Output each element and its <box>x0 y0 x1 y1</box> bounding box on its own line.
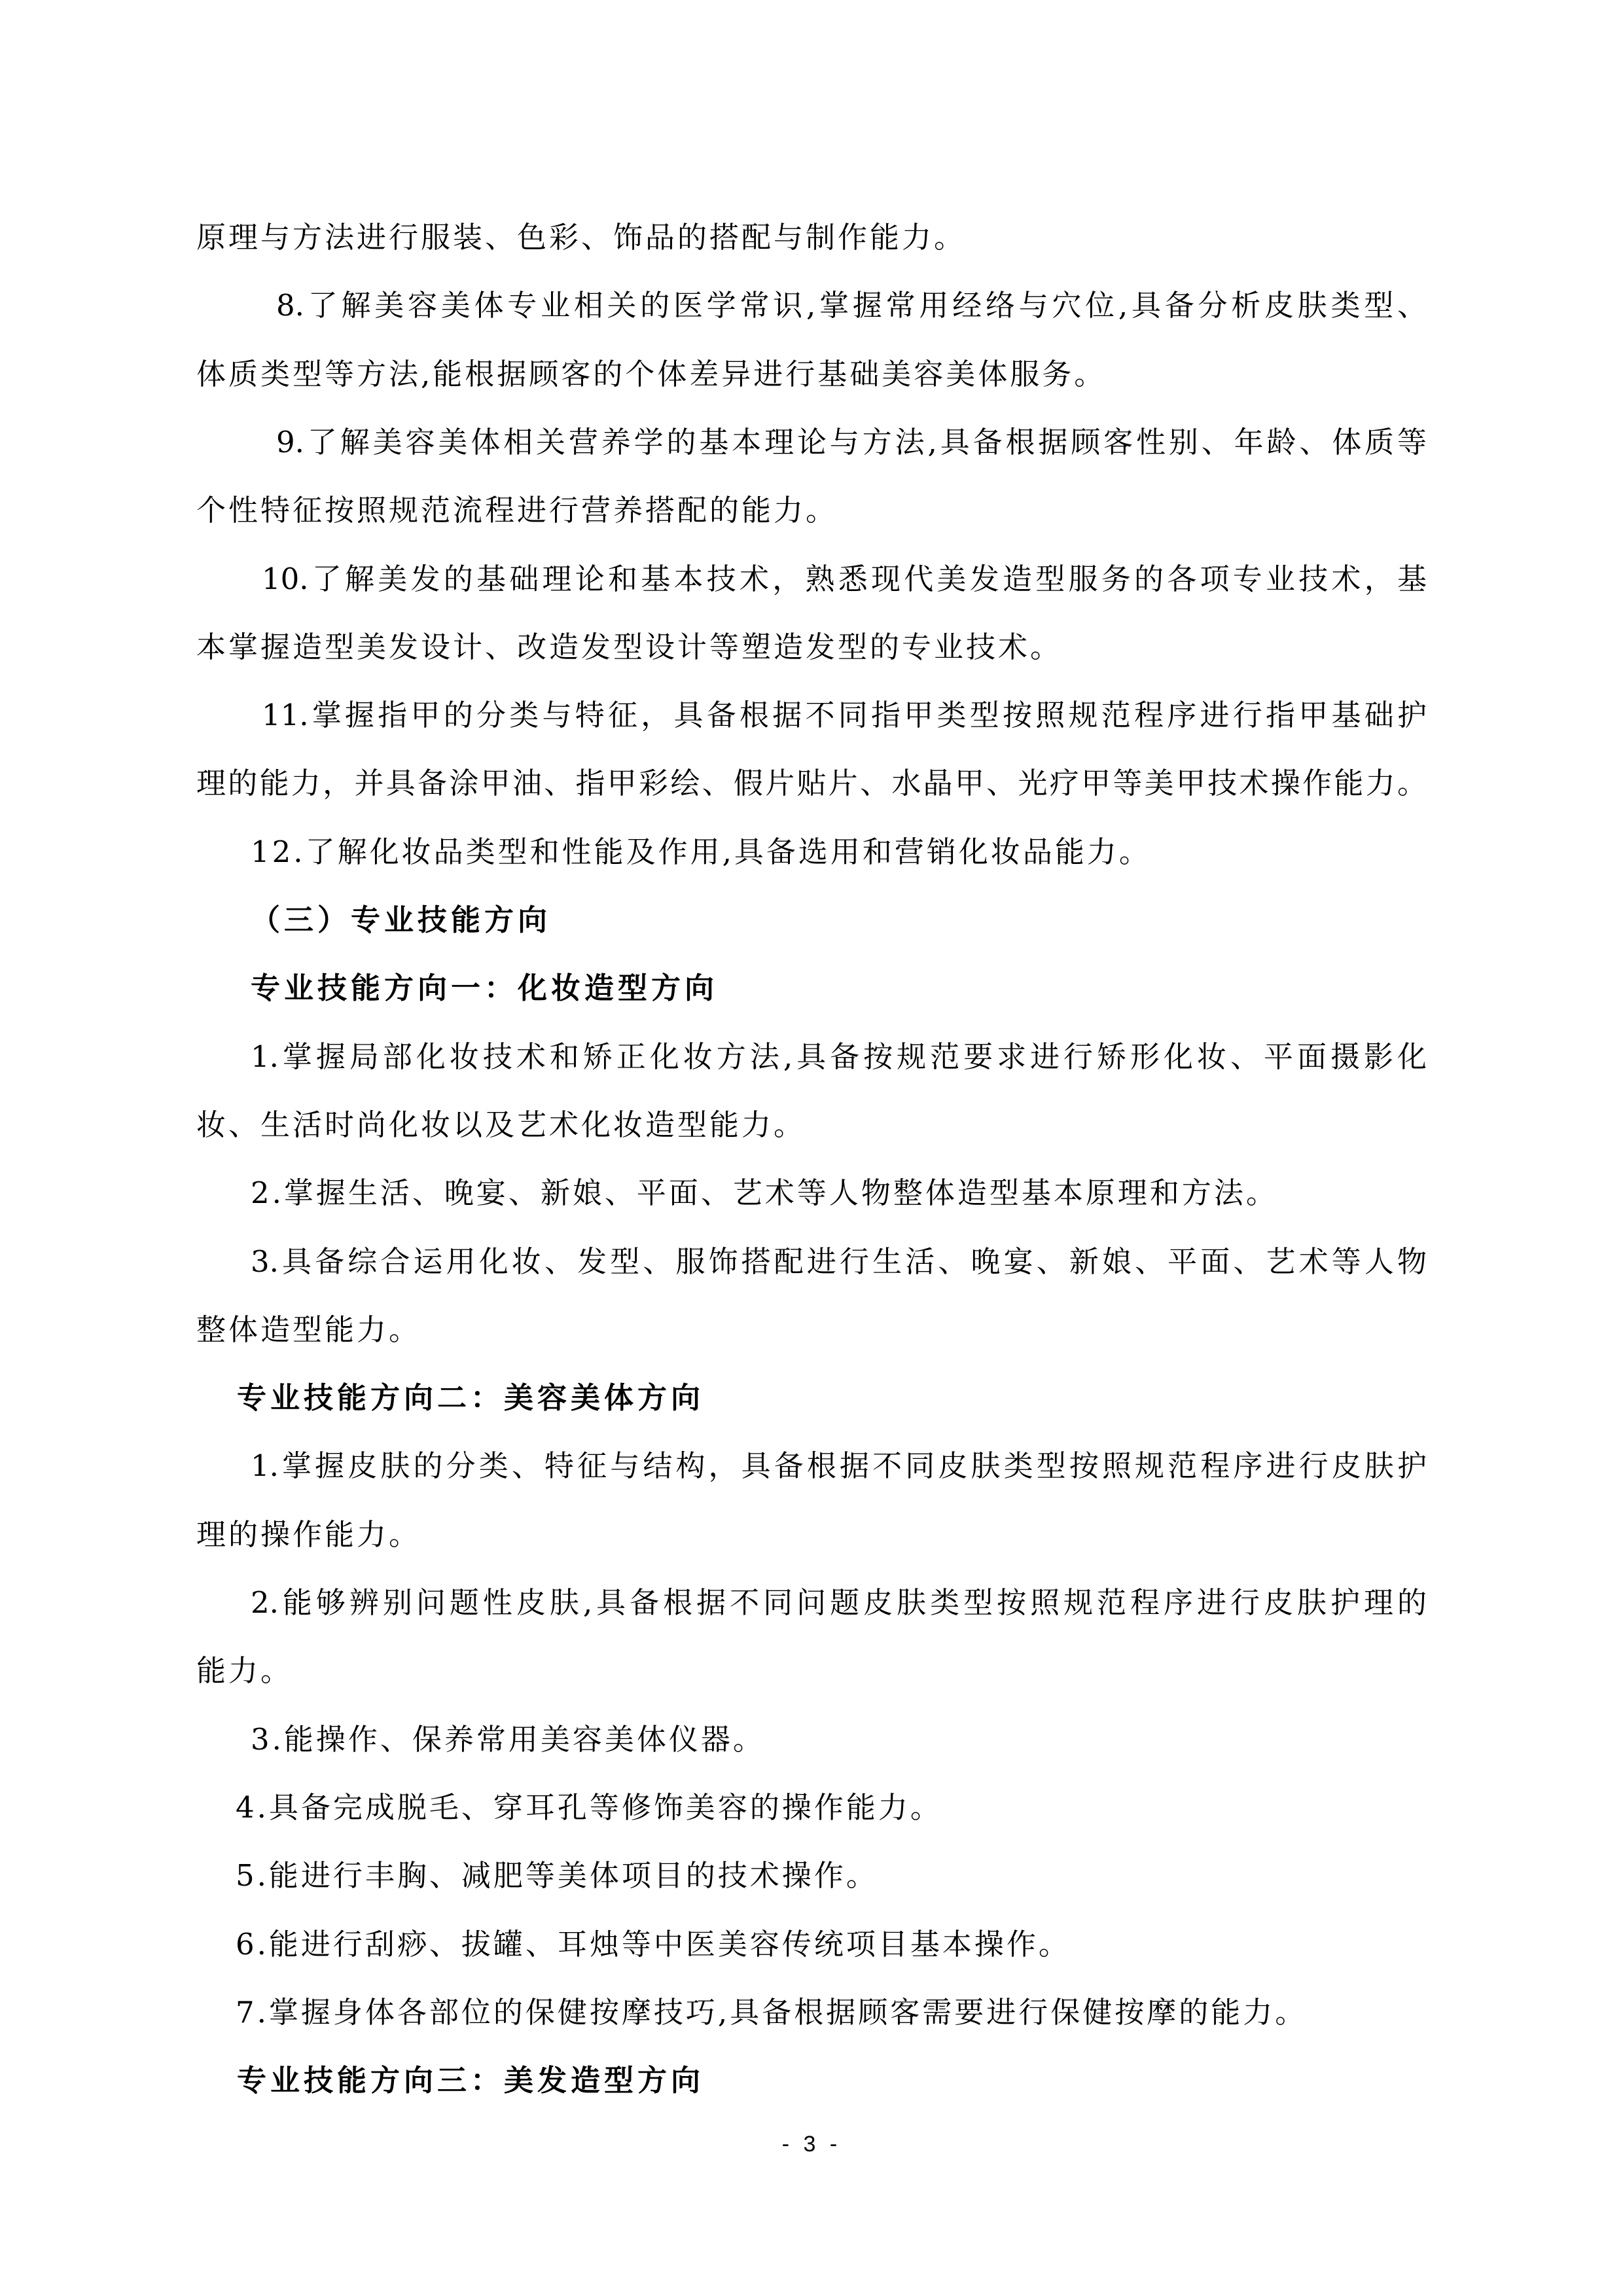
text-line: 个性特征按照规范流程进行营养搭配的能力。 <box>196 491 838 530</box>
text-line: 理​的​能​力​，​并​具​备​涂​甲​油​、​指​甲​彩​绘​、​假​片​贴​… <box>196 764 1427 803</box>
text-line: 1​1​.​掌​握​指​甲​的​分​类​与​特​征​，​具​备​根​据​不​同​… <box>262 696 1427 735</box>
text-line: 理的操作能力。 <box>196 1515 421 1554</box>
text-line: 1​.​掌​握​局​部​化​妆​技​术​和​矫​正​化​妆​方​法​,​具​备​… <box>251 1037 1427 1077</box>
subsection-heading: 专业技能方向一：化妆造型方向 <box>251 969 718 1008</box>
text-line: 原理与方法进行服装、色彩、饰品的搭配与制作能力。 <box>196 218 966 257</box>
text-line: 3.能操作、保养常用美容美体仪器。 <box>251 1720 765 1759</box>
text-line: 5.能进行丰胸、减肥等美体项目的技术操作。 <box>236 1856 878 1895</box>
text-line: 12.了解化妆品类型和性能及作用,具备选用和营销化妆品能力。 <box>251 833 1151 872</box>
text-line: 3​.​具​备​综​合​运​用​化​妆​、​发​型​、​服​饰​搭​配​进​行​… <box>251 1242 1427 1282</box>
text-line: 8​.​了​解​美​容​美​体​专​业​相​关​的​医​学​常​识​,​掌​握​… <box>276 286 1427 325</box>
text-line: 整体造型能力。 <box>196 1310 421 1350</box>
text-line: 4.具备完成脱毛、穿耳孔等修饰美容的操作能力。 <box>236 1788 942 1827</box>
text-line: 1​0​.​了​解​美​发​的​基​础​理​论​和​基​本​技​术​，​熟​悉​… <box>262 560 1427 599</box>
text-line: 2.掌握生活、晚宴、新娘、平面、艺术等人物整体造型基本原理和方法。 <box>251 1174 1278 1213</box>
subsection-heading: 专业技能方向二：美容美体方向 <box>237 1378 704 1418</box>
document-page: 原理与方法进行服装、色彩、饰品的搭配与制作能力。8​.​了​解​美​容​美​体​… <box>0 0 1623 2296</box>
text-line: 体质类型等方法,能根据顾客的个体差异进行基础美容美体服务。 <box>196 355 1106 394</box>
text-line: 6.能进行刮痧、拔罐、耳烛等中医美容传统项目基本操作。 <box>236 1925 1071 1964</box>
text-line: 1​.​掌​握​皮​肤​的​分​类​、​特​征​与​结​构​，​具​备​根​据​… <box>251 1446 1427 1486</box>
text-line: 2​.​能​够​辨​别​问​题​性​皮​肤​,​具​备​根​据​不​同​问​题​… <box>251 1583 1427 1623</box>
section-heading: （三）专业技能方向 <box>251 901 551 940</box>
subsection-heading: 专业技能方向三：美发造型方向 <box>237 2061 704 2100</box>
text-line: 7.掌握身体各部位的保健按摩技巧,具备根据顾客需要进行保健按摩的能力。 <box>236 1993 1307 2032</box>
text-line: 9​.​了​解​美​容​美​体​相​关​营​养​学​的​基​本​理​论​与​方​… <box>276 423 1427 462</box>
page-number: - 3 - <box>0 2131 1623 2157</box>
text-line: 本掌握造型美发设计、改造发型设计等塑造发型的专业技术。 <box>196 628 1062 667</box>
text-line: 能力。 <box>196 1651 293 1691</box>
text-line: 妆、生活时尚化妆以及艺术化妆造型能力。 <box>196 1105 806 1145</box>
